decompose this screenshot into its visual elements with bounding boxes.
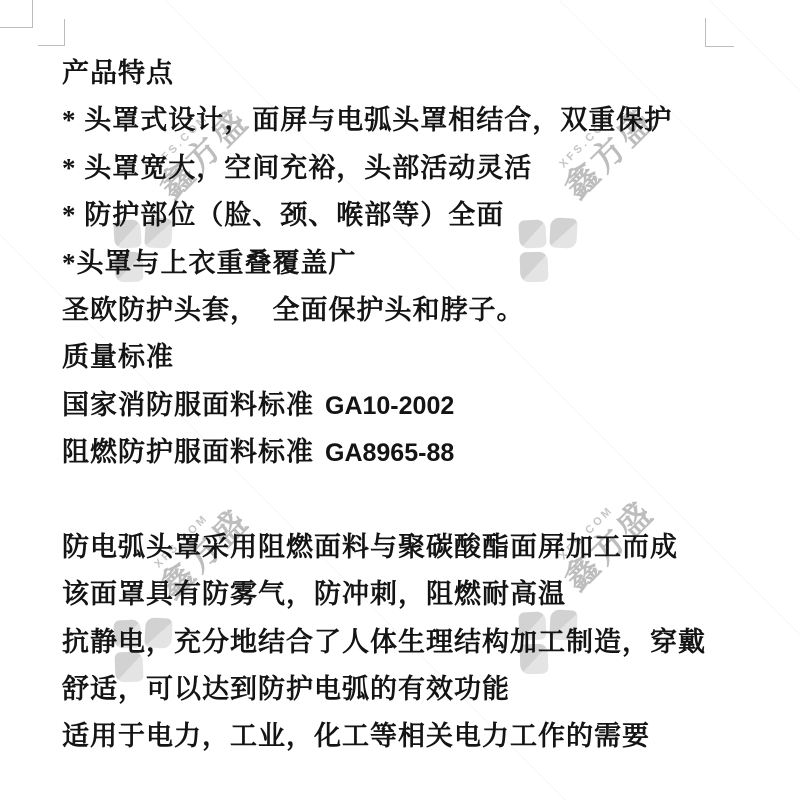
text-line: 抗静电，充分地结合了人体生理结构加工制造，穿戴	[62, 619, 762, 666]
text-line: * 头罩宽大，空间充裕，头部活动灵活	[62, 145, 762, 192]
text-line: 舒适，可以达到防护电弧的有效功能	[62, 666, 762, 713]
standard-code: GA10-2002	[325, 392, 454, 420]
page-corner-mark	[0, 0, 33, 28]
standard-name: 国家消防服面料标准	[62, 390, 314, 420]
text-boundary-corner-mark-left	[38, 19, 65, 46]
standard-name: 阻燃防护服面料标准	[62, 437, 314, 467]
text-line-standard: 国家消防服面料标准GA10-2002	[62, 382, 762, 429]
section-title-quality: 质量标准	[62, 334, 762, 381]
text-line: 该面罩具有防雾气，防冲刺，阻燃耐高温	[62, 571, 762, 618]
document-body: 产品特点 * 头罩式设计，面屏与电弧头罩相结合，双重保护 * 头罩宽大，空间充裕…	[62, 50, 762, 761]
section-title-features: 产品特点	[62, 50, 762, 97]
text-line: *头罩与上衣重叠覆盖广	[62, 240, 762, 287]
standard-code: GA8965-88	[325, 439, 454, 467]
text-line: 防电弧头罩采用阻燃面料与聚碳酸酯面屏加工而成	[62, 524, 762, 571]
text-line: 圣欧防护头套， 全面保护头和脖子。	[62, 287, 762, 334]
text-line: * 头罩式设计，面屏与电弧头罩相结合，双重保护	[62, 97, 762, 144]
text-line-standard: 阻燃防护服面料标准GA8965-88	[62, 429, 762, 476]
text-line-blank	[62, 477, 762, 524]
text-boundary-corner-mark-right	[705, 18, 734, 47]
text-line: * 防护部位（脸、颈、喉部等）全面	[62, 192, 762, 239]
text-line: 适用于电力，工业，化工等相关电力工作的需要	[62, 713, 762, 760]
document-page: XFS.COM 鑫方盛 XFS.COM 鑫方盛 XFS.COM 鑫方盛	[0, 0, 800, 800]
